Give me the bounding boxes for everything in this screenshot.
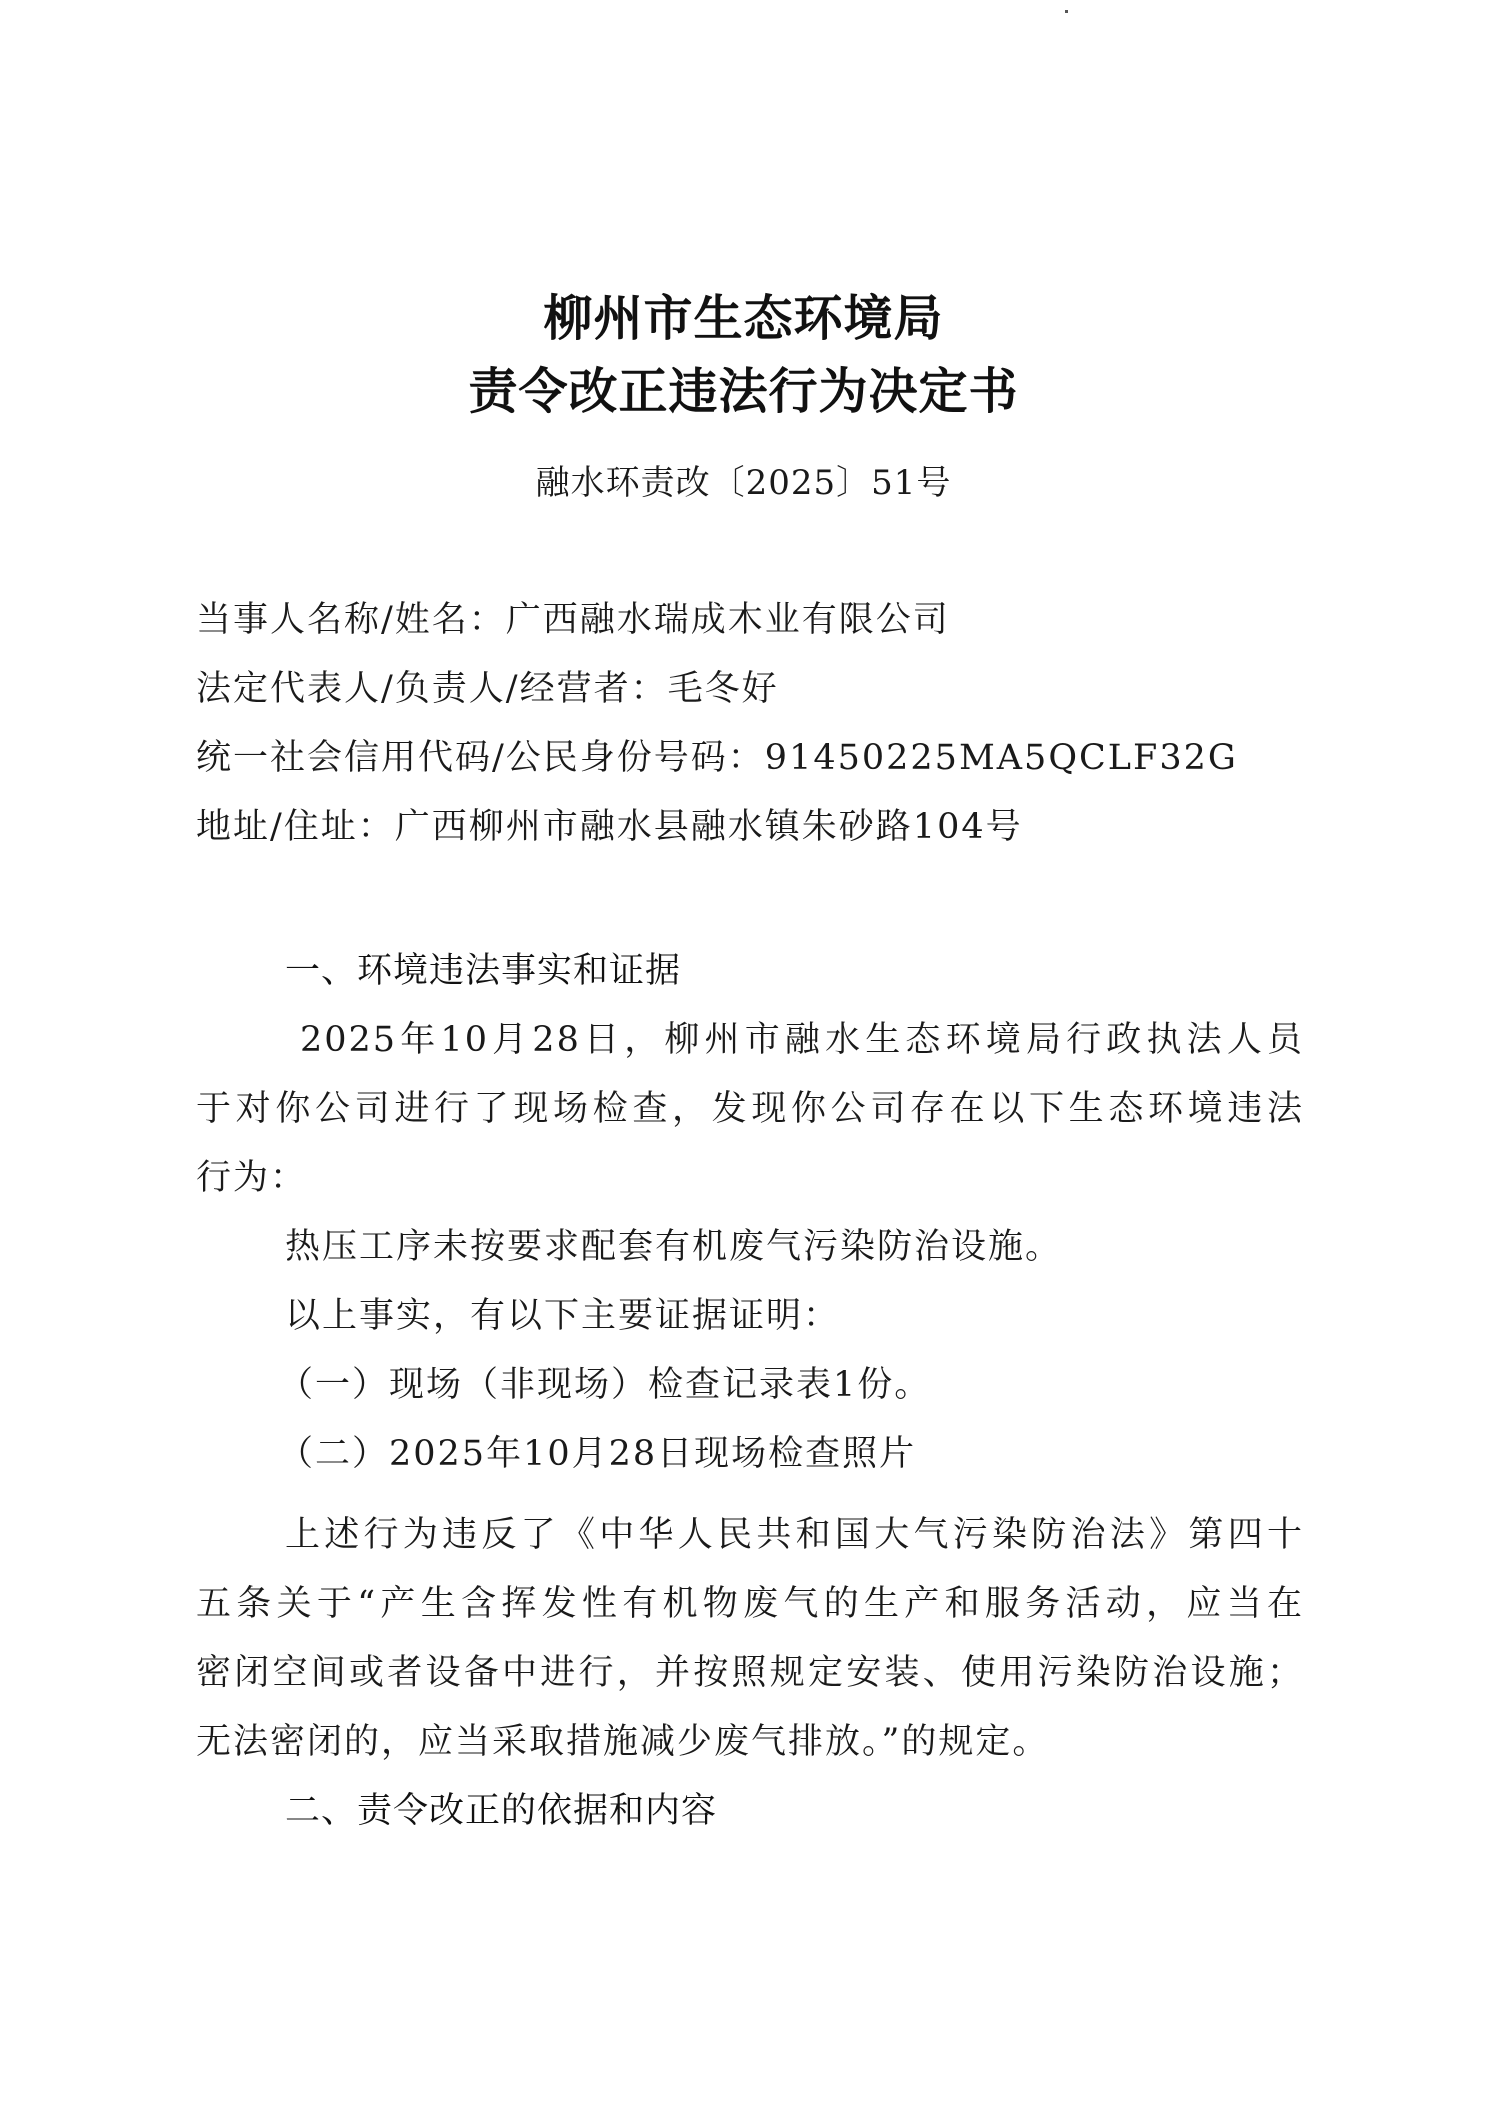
fact-paragraph-line: 2025年10月28日，柳州市融水生态环境局行政执法人员 [300, 1012, 1304, 1062]
agency-title: 柳州市生态环境局 [0, 280, 1487, 350]
section1-heading: 一、环境违法事实和证据 [285, 943, 681, 993]
law-citation-line: 上述行为违反了《中华人民共和国大气污染防治法》第四十 [285, 1507, 1304, 1557]
violation-statement: 热压工序未按要求配套有机废气污染防治设施。 [285, 1219, 1062, 1269]
party-name-value: 广西融水瑞成木业有限公司 [506, 600, 950, 640]
address-label: 地址/住址： [196, 807, 395, 847]
evidence-item: （二）2025年10月28日现场检查照片 [278, 1426, 916, 1476]
credit-code-label: 统一社会信用代码/公民身份号码： [196, 738, 765, 778]
evidence-item: （一）现场（非现场）检查记录表1份。 [278, 1357, 931, 1407]
address-row: 地址/住址：广西柳州市融水县融水镇朱砂路104号 [196, 799, 1023, 849]
evidence-intro: 以上事实，有以下主要证据证明： [285, 1288, 840, 1338]
credit-code-value: 91450225MA5QCLF32G [765, 738, 1238, 778]
legal-rep-row: 法定代表人/负责人/经营者：毛冬好 [196, 661, 779, 711]
party-name-label: 当事人名称/姓名： [196, 600, 506, 640]
document-title: 责令改正违法行为决定书 [0, 353, 1487, 423]
legal-rep-label: 法定代表人/负责人/经营者： [196, 669, 668, 709]
document-page: 柳州市生态环境局 责令改正违法行为决定书 融水环责改〔2025〕51号 当事人名… [0, 0, 1487, 2102]
law-citation-line: 无法密闭的，应当采取措施减少废气排放。”的规定。 [196, 1714, 1304, 1764]
law-citation-line: 密闭空间或者设备中进行，并按照规定安装、使用污染防治设施； [196, 1645, 1304, 1695]
legal-rep-value: 毛冬好 [668, 669, 779, 709]
document-number: 融水环责改〔2025〕51号 [0, 455, 1487, 504]
fact-paragraph-line: 行为： [196, 1150, 1304, 1200]
scan-speck [1065, 10, 1068, 13]
fact-paragraph-line: 于对你公司进行了现场检查，发现你公司存在以下生态环境违法 [196, 1081, 1304, 1131]
party-name-row: 当事人名称/姓名：广西融水瑞成木业有限公司 [196, 592, 950, 642]
address-value: 广西柳州市融水县融水镇朱砂路104号 [395, 807, 1023, 847]
law-citation-line: 五条关于“产生含挥发性有机物废气的生产和服务活动，应当在 [196, 1576, 1304, 1626]
section2-heading: 二、责令改正的依据和内容 [285, 1783, 717, 1833]
credit-code-row: 统一社会信用代码/公民身份号码：91450225MA5QCLF32G [196, 730, 1238, 780]
